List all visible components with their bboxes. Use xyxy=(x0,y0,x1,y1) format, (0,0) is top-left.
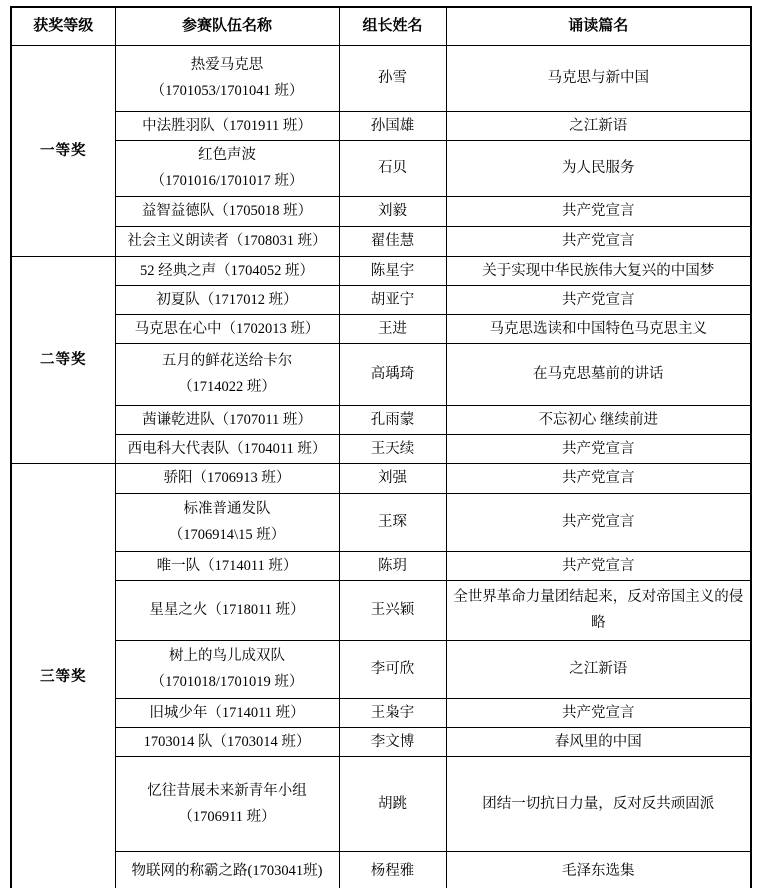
recitation-piece-cell: 共产党宣言 xyxy=(446,493,751,551)
leader-name-cell: 翟佳慧 xyxy=(339,226,446,256)
table-row: 唯一队（1714011 班）陈玥共产党宣言 xyxy=(11,551,751,580)
team-name-cell: 骄阳（1706913 班） xyxy=(115,463,339,493)
team-name-line: 标准普通发队 xyxy=(120,496,335,522)
table-row: 物联网的称霸之路(1703041班)杨程雅毛泽东选集 xyxy=(11,851,751,888)
leader-name-cell: 孔雨蒙 xyxy=(339,405,446,434)
team-name-cell: 忆往昔展未来新青年小组（1706911 班） xyxy=(115,756,339,851)
recitation-piece-cell: 全世界革命力量团结起来，反对帝国主义的侵略 xyxy=(446,580,751,640)
leader-name-cell: 王琛 xyxy=(339,493,446,551)
leader-name-cell: 杨程雅 xyxy=(339,851,446,888)
table-row: 1703014 队（1703014 班）李文博春风里的中国 xyxy=(11,727,751,756)
team-name-line: 五月的鲜花送给卡尔 xyxy=(120,348,335,374)
team-name-line: 初夏队（1717012 班） xyxy=(120,287,335,313)
team-name-line: （1701053/1701041 班） xyxy=(120,78,335,104)
team-name-line: 物联网的称霸之路(1703041班) xyxy=(120,858,335,884)
leader-name-cell: 胡亚宁 xyxy=(339,285,446,314)
leader-name-cell: 王枭宇 xyxy=(339,698,446,727)
table-row: 树上的鸟儿成双队（1701018/1701019 班）李可欣之江新语 xyxy=(11,640,751,698)
team-name-line: （1706914\15 班） xyxy=(120,522,335,548)
table-row: 社会主义朗读者（1708031 班）翟佳慧共产党宣言 xyxy=(11,226,751,256)
table-row: 西电科大代表队（1704011 班）王天续共产党宣言 xyxy=(11,434,751,463)
team-name-cell: 茜谦乾进队（1707011 班） xyxy=(115,405,339,434)
table-row: 旧城少年（1714011 班）王枭宇共产党宣言 xyxy=(11,698,751,727)
team-name-line: 树上的鸟儿成双队 xyxy=(120,643,335,669)
col-header-award-level: 获奖等级 xyxy=(11,7,115,45)
table-row: 标准普通发队（1706914\15 班）王琛共产党宣言 xyxy=(11,493,751,551)
leader-name-cell: 刘强 xyxy=(339,463,446,493)
team-name-cell: 五月的鲜花送给卡尔（1714022 班） xyxy=(115,343,339,405)
leader-name-cell: 陈玥 xyxy=(339,551,446,580)
team-name-line: 52 经典之声（1704052 班） xyxy=(120,258,335,284)
team-name-line: 西电科大代表队（1704011 班） xyxy=(120,436,335,462)
table-row: 益智益德队（1705018 班）刘毅共产党宣言 xyxy=(11,196,751,226)
team-name-cell: 初夏队（1717012 班） xyxy=(115,285,339,314)
team-name-cell: 红色声波（1701016/1701017 班） xyxy=(115,140,339,196)
recitation-piece-cell: 在马克思墓前的讲话 xyxy=(446,343,751,405)
recitation-piece-cell: 之江新语 xyxy=(446,111,751,140)
recitation-piece-cell: 之江新语 xyxy=(446,640,751,698)
team-name-cell: 中法胜羽队（1701911 班） xyxy=(115,111,339,140)
team-name-line: 旧城少年（1714011 班） xyxy=(120,700,335,726)
col-header-team-name: 参赛队伍名称 xyxy=(115,7,339,45)
team-name-cell: 西电科大代表队（1704011 班） xyxy=(115,434,339,463)
award-level-cell: 一等奖 xyxy=(11,45,115,256)
team-name-cell: 唯一队（1714011 班） xyxy=(115,551,339,580)
team-name-line: 唯一队（1714011 班） xyxy=(120,553,335,579)
team-name-cell: 社会主义朗读者（1708031 班） xyxy=(115,226,339,256)
team-name-line: 红色声波 xyxy=(120,142,335,168)
team-name-line: （1701018/1701019 班） xyxy=(120,669,335,695)
recitation-piece-cell: 为人民服务 xyxy=(446,140,751,196)
table-row: 忆往昔展未来新青年小组（1706911 班）胡跳团结一切抗日力量，反对反共顽固派 xyxy=(11,756,751,851)
team-name-line: 忆往昔展未来新青年小组 xyxy=(120,778,335,804)
recitation-piece-cell: 共产党宣言 xyxy=(446,226,751,256)
recitation-piece-cell: 团结一切抗日力量，反对反共顽固派 xyxy=(446,756,751,851)
table-row: 五月的鲜花送给卡尔（1714022 班）高瑀琦在马克思墓前的讲话 xyxy=(11,343,751,405)
team-name-line: （1706911 班） xyxy=(120,804,335,830)
team-name-line: 1703014 队（1703014 班） xyxy=(120,729,335,755)
team-name-line: （1714022 班） xyxy=(120,374,335,400)
leader-name-cell: 石贝 xyxy=(339,140,446,196)
recitation-piece-cell: 毛泽东选集 xyxy=(446,851,751,888)
col-header-recitation-piece: 诵读篇名 xyxy=(446,7,751,45)
leader-name-cell: 王进 xyxy=(339,314,446,343)
leader-name-cell: 刘毅 xyxy=(339,196,446,226)
recitation-piece-cell: 共产党宣言 xyxy=(446,698,751,727)
leader-name-cell: 李可欣 xyxy=(339,640,446,698)
table-row: 初夏队（1717012 班）胡亚宁共产党宣言 xyxy=(11,285,751,314)
award-level-cell: 三等奖 xyxy=(11,463,115,888)
leader-name-cell: 孙国雄 xyxy=(339,111,446,140)
team-name-cell: 标准普通发队（1706914\15 班） xyxy=(115,493,339,551)
recitation-piece-cell: 共产党宣言 xyxy=(446,551,751,580)
leader-name-cell: 王兴颖 xyxy=(339,580,446,640)
recitation-piece-cell: 马克思与新中国 xyxy=(446,45,751,111)
col-header-leader-name: 组长姓名 xyxy=(339,7,446,45)
recitation-piece-cell: 共产党宣言 xyxy=(446,463,751,493)
team-name-cell: 热爱马克思（1701053/1701041 班） xyxy=(115,45,339,111)
table-row: 红色声波（1701016/1701017 班）石贝为人民服务 xyxy=(11,140,751,196)
table-row: 一等奖热爱马克思（1701053/1701041 班）孙雪马克思与新中国 xyxy=(11,45,751,111)
table-row: 三等奖骄阳（1706913 班）刘强共产党宣言 xyxy=(11,463,751,493)
leader-name-cell: 陈星宇 xyxy=(339,256,446,285)
recitation-piece-cell: 马克思选读和中国特色马克思主义 xyxy=(446,314,751,343)
header-row: 获奖等级 参赛队伍名称 组长姓名 诵读篇名 xyxy=(11,7,751,45)
table-row: 茜谦乾进队（1707011 班）孔雨蒙不忘初心 继续前进 xyxy=(11,405,751,434)
award-level-cell: 二等奖 xyxy=(11,256,115,463)
recitation-piece-cell: 不忘初心 继续前进 xyxy=(446,405,751,434)
leader-name-cell: 高瑀琦 xyxy=(339,343,446,405)
team-name-line: 益智益德队（1705018 班） xyxy=(120,198,335,224)
team-name-cell: 物联网的称霸之路(1703041班) xyxy=(115,851,339,888)
team-name-cell: 52 经典之声（1704052 班） xyxy=(115,256,339,285)
leader-name-cell: 胡跳 xyxy=(339,756,446,851)
team-name-cell: 马克思在心中（1702013 班） xyxy=(115,314,339,343)
team-name-line: 茜谦乾进队（1707011 班） xyxy=(120,407,335,433)
leader-name-cell: 李文博 xyxy=(339,727,446,756)
team-name-line: 马克思在心中（1702013 班） xyxy=(120,316,335,342)
leader-name-cell: 王天续 xyxy=(339,434,446,463)
table-row: 二等奖52 经典之声（1704052 班）陈星宇关于实现中华民族伟大复兴的中国梦 xyxy=(11,256,751,285)
table-row: 星星之火（1718011 班）王兴颖全世界革命力量团结起来，反对帝国主义的侵略 xyxy=(11,580,751,640)
team-name-line: （1701016/1701017 班） xyxy=(120,168,335,194)
recitation-piece-cell: 共产党宣言 xyxy=(446,285,751,314)
team-name-line: 热爱马克思 xyxy=(120,52,335,78)
team-name-cell: 旧城少年（1714011 班） xyxy=(115,698,339,727)
recitation-piece-cell: 春风里的中国 xyxy=(446,727,751,756)
team-name-line: 社会主义朗读者（1708031 班） xyxy=(120,228,335,254)
document-page: 获奖等级 参赛队伍名称 组长姓名 诵读篇名 一等奖热爱马克思（1701053/1… xyxy=(0,0,759,888)
table-row: 中法胜羽队（1701911 班）孙国雄之江新语 xyxy=(11,111,751,140)
recitation-piece-cell: 关于实现中华民族伟大复兴的中国梦 xyxy=(446,256,751,285)
table-row: 马克思在心中（1702013 班）王进马克思选读和中国特色马克思主义 xyxy=(11,314,751,343)
team-name-cell: 1703014 队（1703014 班） xyxy=(115,727,339,756)
team-name-cell: 树上的鸟儿成双队（1701018/1701019 班） xyxy=(115,640,339,698)
award-results-table: 获奖等级 参赛队伍名称 组长姓名 诵读篇名 一等奖热爱马克思（1701053/1… xyxy=(10,6,752,888)
team-name-cell: 星星之火（1718011 班） xyxy=(115,580,339,640)
team-name-line: 骄阳（1706913 班） xyxy=(120,465,335,491)
team-name-cell: 益智益德队（1705018 班） xyxy=(115,196,339,226)
leader-name-cell: 孙雪 xyxy=(339,45,446,111)
team-name-line: 中法胜羽队（1701911 班） xyxy=(120,113,335,139)
team-name-line: 星星之火（1718011 班） xyxy=(120,597,335,623)
recitation-piece-cell: 共产党宣言 xyxy=(446,434,751,463)
recitation-piece-cell: 共产党宣言 xyxy=(446,196,751,226)
